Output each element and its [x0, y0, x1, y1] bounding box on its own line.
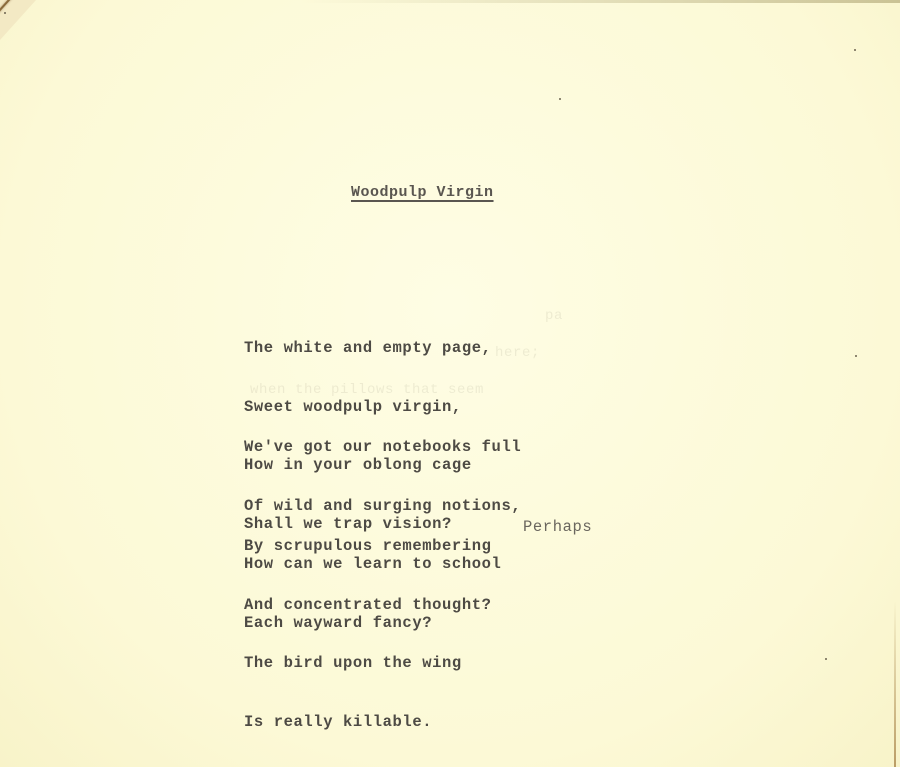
poem-line: The bird upon the wing	[244, 654, 492, 674]
marginal-note: Perhaps	[523, 518, 592, 538]
poem-line: By scrupulous remembering	[244, 537, 492, 557]
paper-right-edge	[894, 600, 896, 767]
bleed-through-text: pa	[545, 308, 563, 324]
paper-speck	[4, 12, 6, 14]
paper-speck	[855, 355, 857, 357]
paper-top-edge	[300, 0, 900, 3]
stanza-3: By scrupulous remembering And concentrat…	[244, 498, 492, 752]
poem-line: And concentrated thought?	[244, 596, 492, 616]
paper-speck	[825, 658, 827, 660]
folded-corner	[0, 0, 36, 40]
bleed-through-text: here;	[495, 345, 540, 361]
poem-line: Is really killable.	[244, 713, 492, 733]
poem-title: Woodpulp Virgin	[351, 184, 494, 201]
paper-speck	[559, 98, 561, 100]
poem-line: The white and empty page,	[244, 339, 492, 359]
paper-speck	[854, 49, 856, 51]
poem-line: We've got our notebooks full	[244, 438, 521, 458]
